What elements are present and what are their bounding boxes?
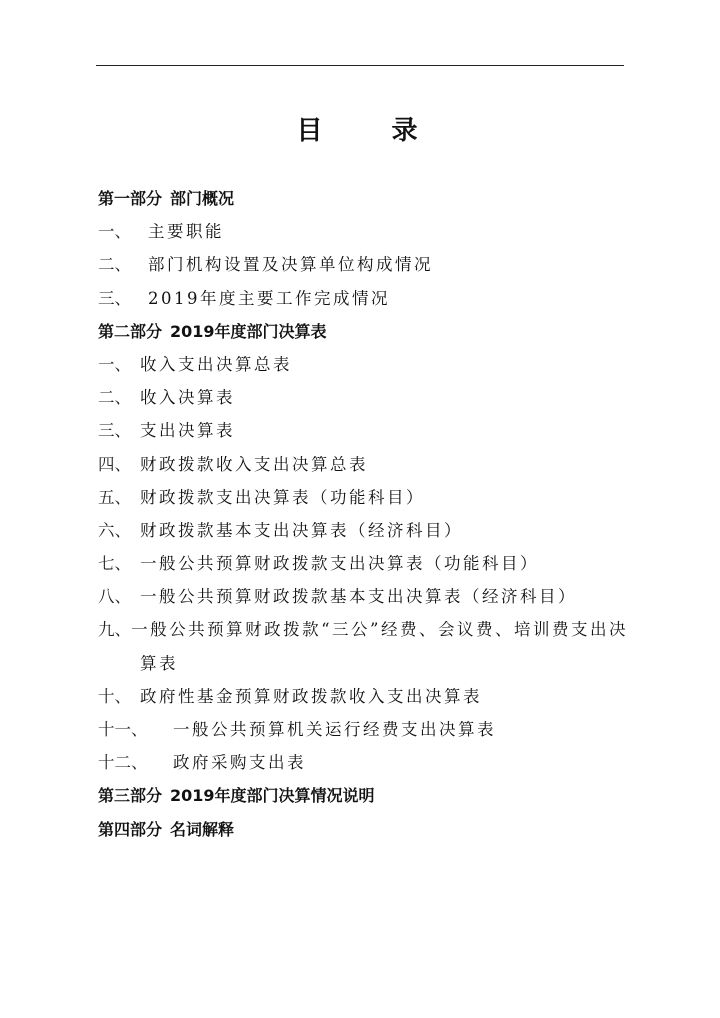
toc-item-number: 二、 [98, 248, 148, 281]
toc-item: 一、收入支出决算总表 [98, 348, 628, 381]
header-rule [96, 65, 624, 66]
table-of-contents: 第一部分部门概况一、主要职能二、部门机构设置及决算单位构成情况三、2019年度主… [98, 182, 628, 846]
toc-item-number: 八、 [98, 580, 140, 613]
toc-item-number: 一、 [98, 215, 148, 248]
toc-item-label: 财政拨款收入支出决算总表 [140, 448, 368, 481]
toc-item-label: 政府性基金预算财政拨款收入支出决算表 [140, 680, 482, 713]
toc-item-number: 一、 [98, 348, 140, 381]
toc-item-label: 财政拨款基本支出决算表（经济科目） [140, 514, 463, 547]
toc-item: 三、支出决算表 [98, 414, 628, 447]
toc-item-label: 部门机构设置及决算单位构成情况 [148, 248, 433, 281]
toc-item: 十二、政府采购支出表 [98, 746, 628, 779]
toc-part-number: 第三部分 [98, 779, 162, 812]
toc-item: 四、财政拨款收入支出决算总表 [98, 448, 628, 481]
toc-item-label: 收入支出决算总表 [140, 348, 292, 381]
toc-part-heading: 第二部分2019年度部门决算表 [98, 315, 628, 348]
toc-item-label-continued: 算表 [98, 647, 178, 680]
page-title: 目 录 [0, 110, 720, 147]
toc-item: 十、政府性基金预算财政拨款收入支出决算表 [98, 680, 628, 713]
toc-item-number: 四、 [98, 448, 140, 481]
toc-item: 五、财政拨款支出决算表（功能科目） [98, 481, 628, 514]
toc-part-heading: 第四部分名词解释 [98, 813, 628, 846]
toc-item-number: 十一、 [98, 713, 173, 746]
toc-item-label: 收入决算表 [140, 381, 235, 414]
toc-item: 二、部门机构设置及决算单位构成情况 [98, 248, 628, 281]
toc-item-number: 九、 [98, 613, 131, 646]
toc-item: 一、主要职能 [98, 215, 628, 248]
toc-part-number: 第四部分 [98, 813, 162, 846]
toc-item-label: 一般公共预算财政拨款支出决算表（功能科目） [140, 547, 539, 580]
toc-item-number: 五、 [98, 481, 140, 514]
toc-part-label: 2019年度部门决算情况说明 [170, 779, 375, 812]
toc-item-label: 支出决算表 [140, 414, 235, 447]
toc-part-label: 部门概况 [170, 182, 234, 215]
toc-part-label: 名词解释 [170, 813, 234, 846]
toc-item-continuation: 算表 [98, 647, 628, 680]
toc-item-number: 七、 [98, 547, 140, 580]
toc-item-label: 一般公共预算财政拨款基本支出决算表（经济科目） [140, 580, 577, 613]
toc-part-heading: 第一部分部门概况 [98, 182, 628, 215]
toc-item-label: 一般公共预算机关运行经费支出决算表 [173, 713, 496, 746]
toc-item: 六、财政拨款基本支出决算表（经济科目） [98, 514, 628, 547]
toc-part-heading: 第三部分2019年度部门决算情况说明 [98, 779, 628, 812]
toc-item: 七、一般公共预算财政拨款支出决算表（功能科目） [98, 547, 628, 580]
toc-part-number: 第一部分 [98, 182, 162, 215]
toc-item-label: 财政拨款支出决算表（功能科目） [140, 481, 425, 514]
toc-item: 二、收入决算表 [98, 381, 628, 414]
toc-item-number: 六、 [98, 514, 140, 547]
toc-item-number: 三、 [98, 282, 148, 315]
toc-item: 三、2019年度主要工作完成情况 [98, 282, 628, 315]
toc-item-label: 政府采购支出表 [173, 746, 306, 779]
toc-item: 十一、一般公共预算机关运行经费支出决算表 [98, 713, 628, 746]
toc-item-label: 2019年度主要工作完成情况 [148, 282, 390, 315]
toc-item-number: 十二、 [98, 746, 173, 779]
toc-item: 八、一般公共预算财政拨款基本支出决算表（经济科目） [98, 580, 628, 613]
toc-item-label: 主要职能 [148, 215, 224, 248]
toc-item-number: 三、 [98, 414, 140, 447]
toc-part-label: 2019年度部门决算表 [170, 315, 327, 348]
toc-item-label: 一般公共预算财政拨款“三公”经费、会议费、培训费支出决 [131, 613, 628, 646]
toc-part-number: 第二部分 [98, 315, 162, 348]
toc-item: 九、一般公共预算财政拨款“三公”经费、会议费、培训费支出决 [98, 613, 628, 646]
toc-item-number: 十、 [98, 680, 140, 713]
toc-item-number: 二、 [98, 381, 140, 414]
